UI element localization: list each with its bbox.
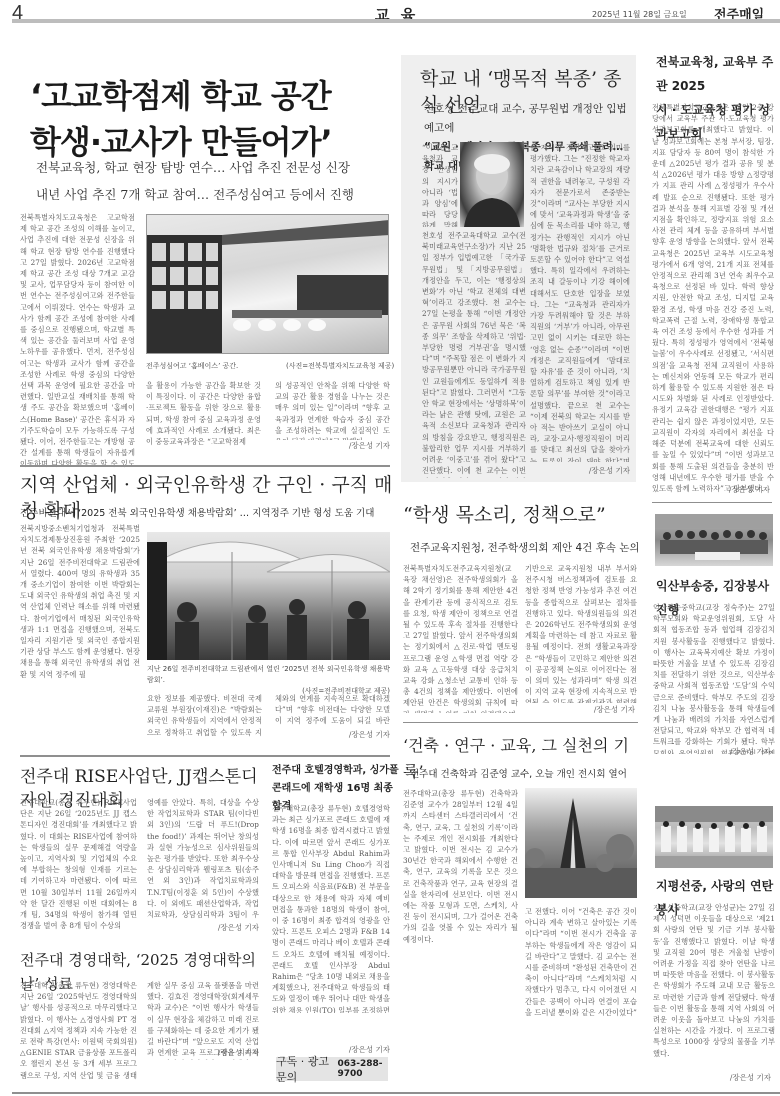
section-divider-3: [403, 722, 638, 723]
architecture-building-icon: [525, 788, 637, 898]
masthead-rule: [12, 19, 780, 23]
subscribe-phone[interactable]: 063-288-9700: [338, 1059, 389, 1079]
iksan-byline: /장은성 기자: [653, 746, 771, 757]
section-divider-2: [20, 755, 390, 757]
foreign-students-body-col2: 요한 정보를 제공했다. 비전대 국제교류원 부원장(이재진)은 “박람회는 외…: [147, 693, 262, 739]
section-divider: [20, 465, 390, 467]
right-divider: [652, 502, 772, 503]
hotel-body: 전주대학교(총장 류두현) 호텔경영학과는 최근 싱가포르 콘래드 호텔에 재학…: [272, 803, 390, 1013]
lead-photo-caption: 전주성심여고 ‘홈베이스’ 공간.: [146, 361, 238, 371]
architecture-subhead: 전주대 건축학과 김준영 교수, 오늘 개인 전시회 열어: [410, 766, 640, 780]
architecture-body-col1: 전주대학교(총장 류두현) 건축학과 김준영 교수가 28일부터 12월 4일까…: [403, 788, 518, 1088]
volunteers-photo-icon: [655, 806, 773, 868]
lead-body-col1: 전북특별자치도교육청은 고교학점제 학교 공간 조성의 이해를 높이고, 사업 …: [20, 212, 135, 468]
group-photo-icon: [655, 514, 773, 566]
column-quote: “이제는 교육청과 교장 선생님의 지시가 아니라 ‘법과 양심’에 따라 당당…: [422, 142, 458, 227]
column-body-col2: 을 제시할 것이라고 그 의미를 평가했다. 그는 “진정한 학교자치란 교육감…: [530, 142, 630, 462]
student-voice-subhead: 전주교육지원청, 전주학생의회 제안 4건 후속 논의: [410, 540, 640, 555]
portrait-icon: [460, 142, 524, 227]
rise-body-col1: 전주대학교(총장 류두현) RISE사업단은 지난 26일 ‘2025년도 JJ…: [20, 797, 137, 932]
masthead: 4 교 육 2025년 11월 28일 금요일 전주매일: [0, 0, 780, 30]
page-bottom-rule: [12, 1092, 780, 1094]
job-fair-umbrellas-icon: [147, 532, 390, 660]
management-byline: /장은성 기자: [147, 1047, 259, 1058]
student-voice-body-col2: 기반으로 교육지원청 내부 부서와 전주시청 버스정책과에 검토를 요청한 정책…: [525, 563, 637, 703]
right-top-body: 전북특별자치도교육청은 27일 2층 강당에서 교육부 주관 시·도교육청 평가…: [652, 102, 774, 494]
foreign-students-body-col1: 전북지방중소벤처기업청과 전북특별자치도경제통상진흥원 주최한 ‘2025년 전…: [20, 523, 140, 737]
rise-body-col2: 영예를 안았다. 특히, 대상을 수상한 작업치료학과 STAR 팀(이다빈 외…: [147, 797, 259, 921]
foreign-students-byline: /장은성 기자: [275, 729, 390, 740]
column-byline: /장은성 기자: [530, 465, 630, 476]
lead-body-col2: 을 활용이 가능한 공간을 확보한 것이 특징이다. 이 공간은 다양한 융합·…: [146, 380, 261, 452]
rise-byline: /장은성 기자: [147, 922, 259, 933]
photo-architecture-exhibit: [525, 788, 637, 898]
photo-briquette-volunteers: [655, 806, 773, 868]
student-voice-body-col1: 전북특별자치도전주교육지원청(교육장 채선영)은 전주학생의회가 올해 2학기 …: [403, 563, 518, 713]
lead-byline: /장은성 기자: [275, 440, 390, 451]
subscribe-box: 구독 · 광고문의 063-288-9700: [276, 1057, 388, 1081]
photo-kimchi-volunteers: [655, 514, 773, 566]
management-body-col1: 전주대학교(총장 류두현) 경영대학은 지난 26일 ‘2025학년도 경영대학…: [20, 980, 137, 1080]
student-voice-byline: /장은성 기자: [525, 704, 635, 715]
lead-subhead: 전북교육청, 학교 현장 탐방 연수… 사업 추진 전문성 신장 내년 사업 추…: [36, 154, 396, 208]
iksan-body: 익산부송중학교(교장 정숙주)는 27일 학부모회와 학교운영위원회, 도담 사…: [653, 602, 775, 754]
photo-job-fair: [147, 532, 390, 660]
right-top-byline: /장은성 기자: [652, 484, 770, 495]
photo-portrait-professor: [460, 142, 524, 227]
foreign-students-subhead: 전주비전대서 ‘2025 전북 외국인유학생 채용박람회’ … 지역정주 기반 …: [20, 505, 400, 519]
architecture-body-col2: 고 전했다. 이어 “건축은 공간 것이 아니라 계속 변하고 살아있는 기록이…: [525, 906, 637, 1026]
foreign-students-body-col3: 체와의 연계를 지속적으로 확대하겠다”며 “향후 비전대는 다양한 모델이 지…: [275, 693, 390, 728]
student-voice-headline: “학생 목소리, 정책으로”: [403, 502, 638, 528]
lead-body-col3: 의 성공적인 안착을 위해 다양한 학교의 공간 활용 경험을 나누는 것은 매…: [275, 380, 390, 440]
photo-homebase-space: [146, 214, 389, 354]
jipyeong-byline: /장은성 기자: [653, 1072, 771, 1083]
subscribe-label: 구독 · 광고문의: [276, 1053, 330, 1085]
lead-headline: ‘고교학점제 학교 공간 학생·교사가 만들어가’: [30, 72, 390, 166]
lead-photo-credit: (사진=전북특별자치도교육청 제공): [286, 361, 394, 371]
cafe-interior-icon: [147, 215, 389, 354]
jipyeong-body: 지평선중학교(교장 안성균)는 27일 김제시 성덕면 이웃들을 대상으로 ‘제…: [653, 902, 775, 1072]
column-body-col1: 천호성 전주교육대학교 교수(전북미래교육연구소장)가 지난 25일 정부가 입…: [422, 230, 526, 478]
